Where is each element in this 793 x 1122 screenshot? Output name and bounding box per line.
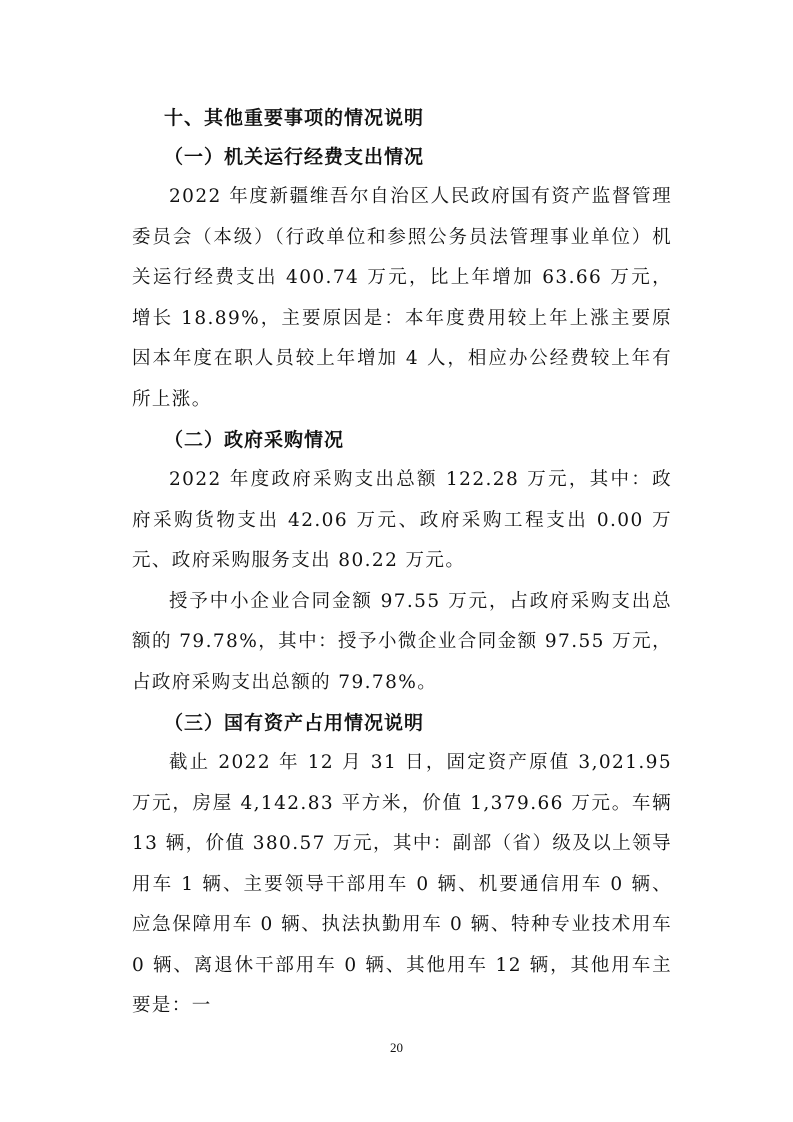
- subsection-heading-operating-expenses: （一）机关运行经费支出情况: [132, 137, 672, 177]
- subsection-heading-state-assets: （三）国有资产占用情况说明: [132, 703, 672, 743]
- section-title: 十、其他重要事项的情况说明: [132, 99, 672, 137]
- paragraph-state-assets: 截止 2022 年 12 月 31 日，固定资产原值 3,021.95 万元，房…: [132, 743, 672, 1027]
- page-number: 20: [0, 1040, 793, 1056]
- subsection-heading-government-procurement: （二）政府采购情况: [132, 420, 672, 460]
- paragraph-procurement-sme: 授予中小企业合同金额 97.55 万元，占政府采购支出总额的 79.78%，其中…: [132, 582, 672, 704]
- paragraph-operating-expenses: 2022 年度新疆维吾尔自治区人民政府国有资产监督管理委员会（本级）（行政单位和…: [132, 177, 672, 420]
- document-page: 十、其他重要事项的情况说明 （一）机关运行经费支出情况 2022 年度新疆维吾尔…: [0, 0, 793, 1122]
- page-content: 十、其他重要事项的情况说明 （一）机关运行经费支出情况 2022 年度新疆维吾尔…: [132, 99, 672, 1027]
- paragraph-procurement-total: 2022 年度政府采购支出总额 122.28 万元，其中：政府采购货物支出 42…: [132, 460, 672, 582]
